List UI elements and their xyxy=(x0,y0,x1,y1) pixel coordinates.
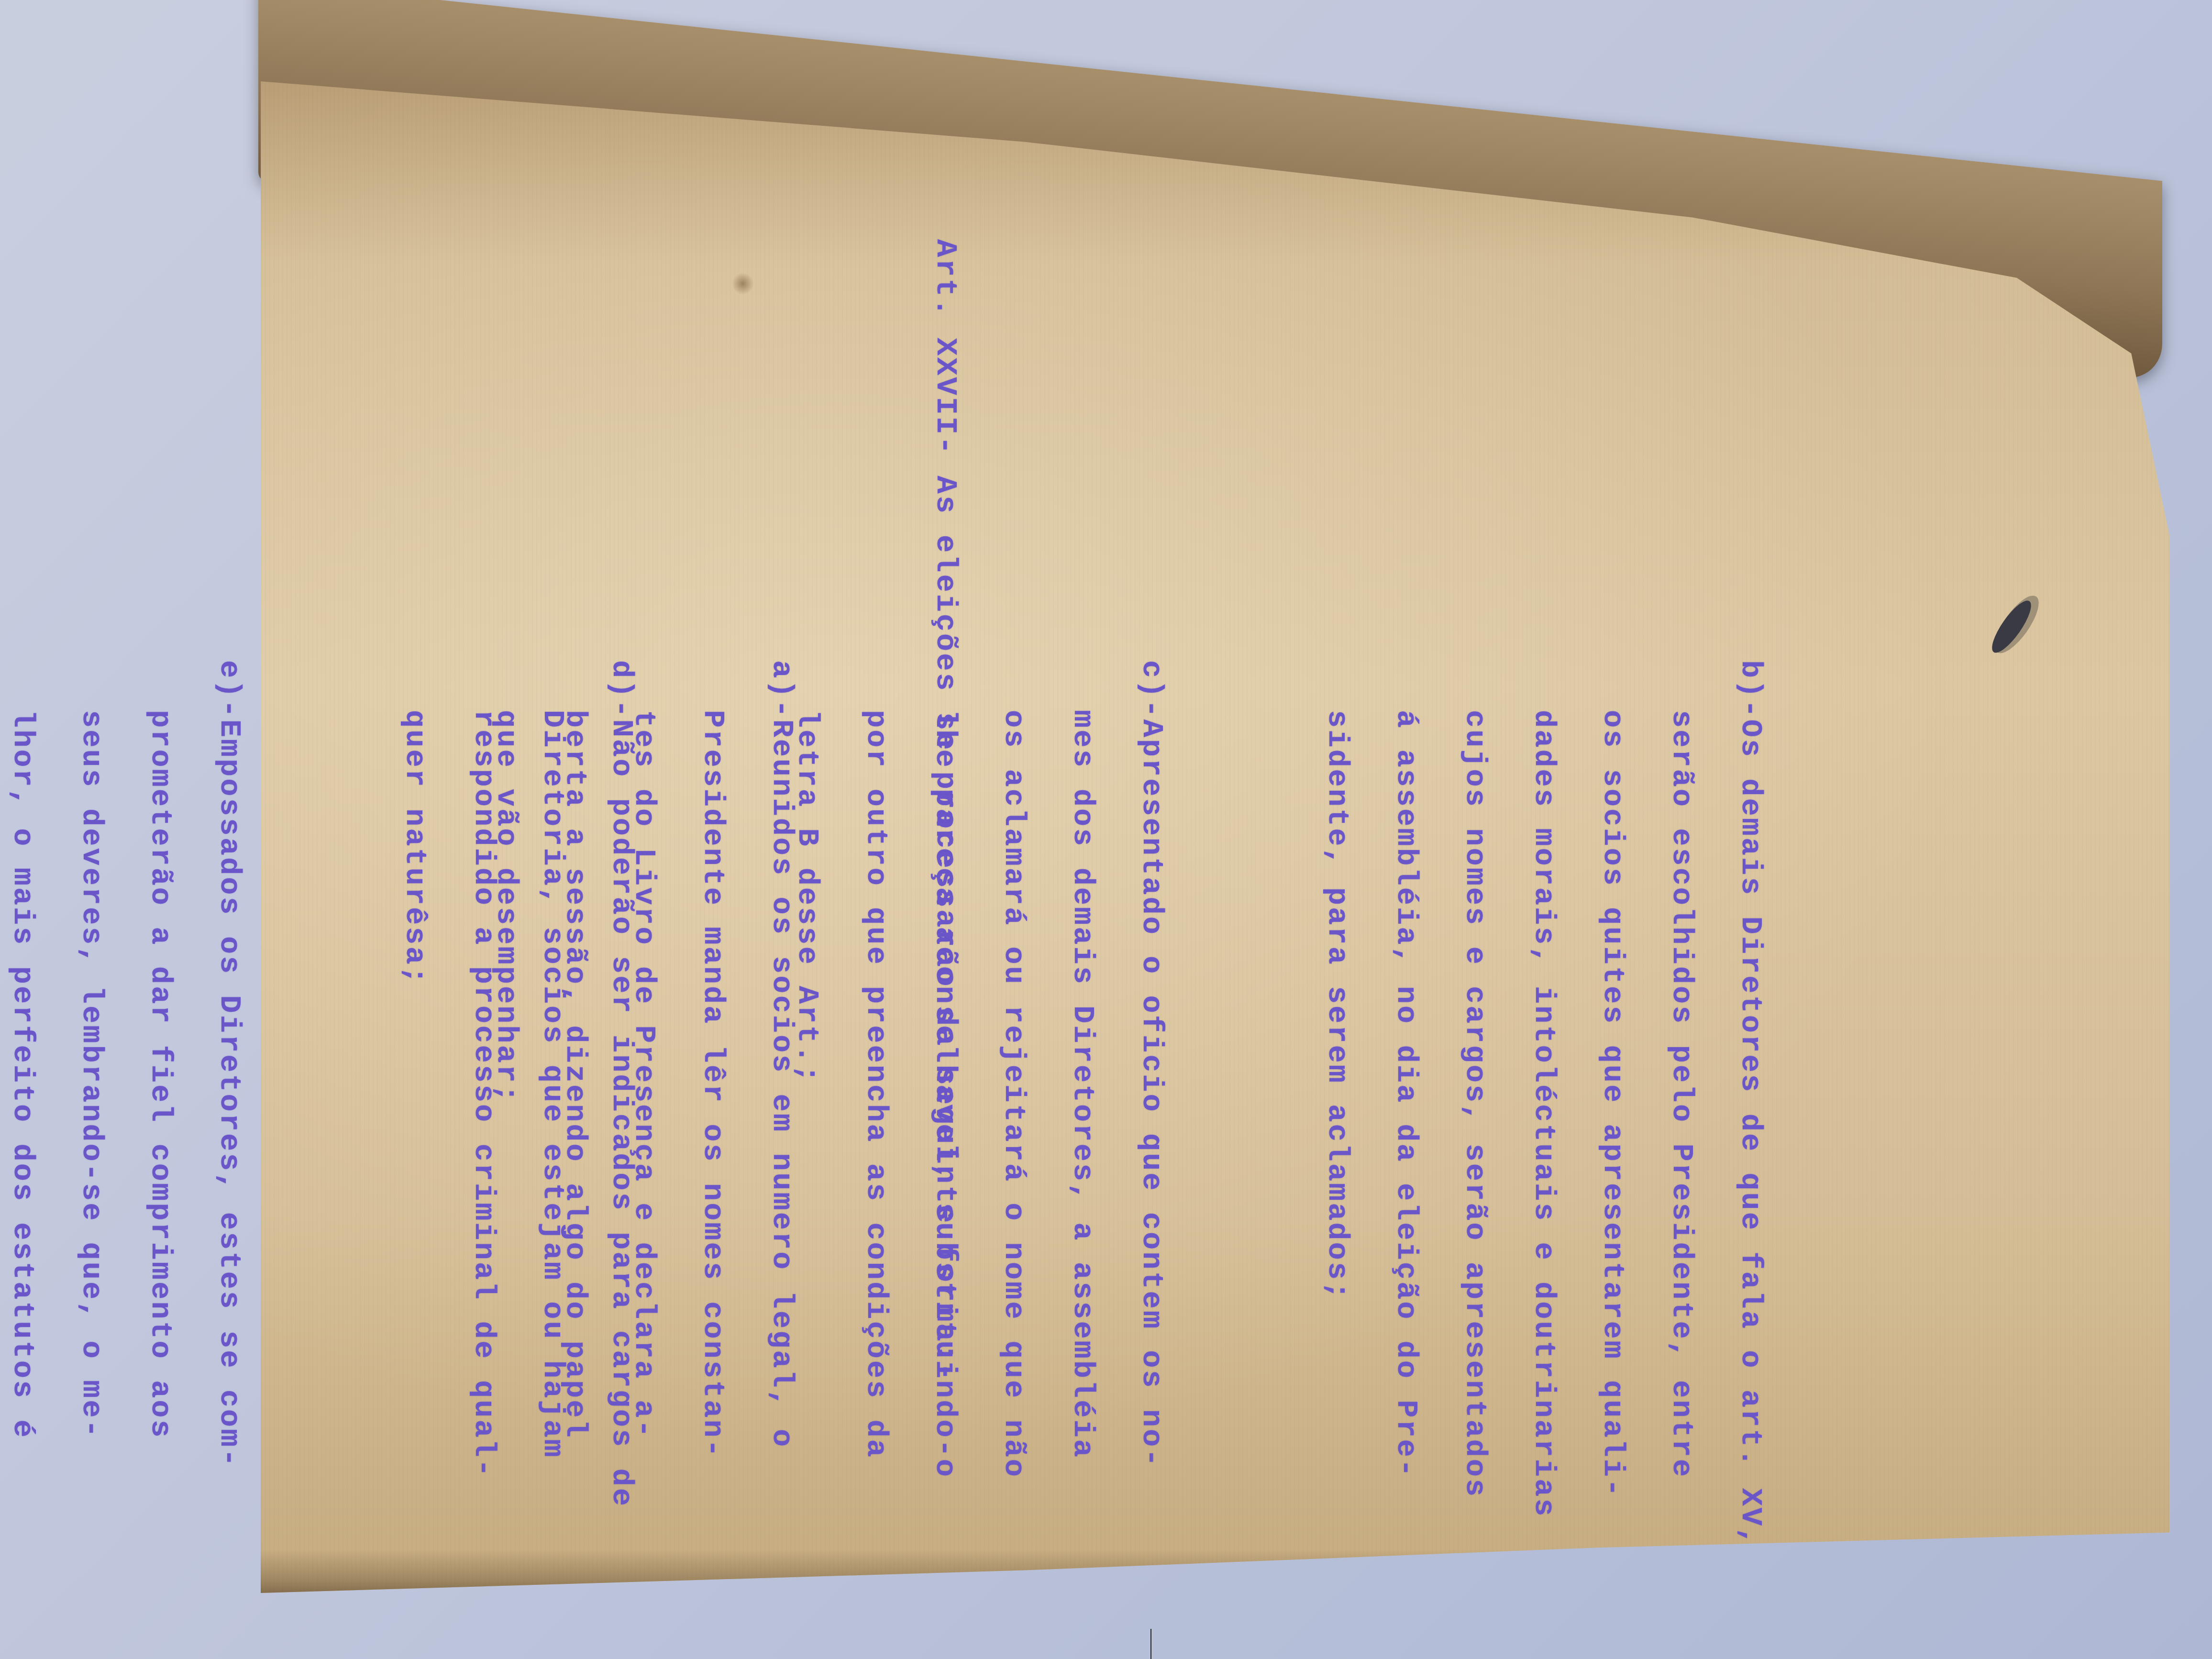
clause-line: tes do Livro de Presença e declara a- xyxy=(632,660,655,1459)
clause-line: sidente, para serem aclamados; xyxy=(1326,660,1349,1547)
clause-line: mes dos demais Diretores, a assembléia xyxy=(1071,660,1094,1547)
clause-line: dades morais, intoléctuais e doutrinaria… xyxy=(1532,660,1555,1547)
clause-label: c)- xyxy=(1135,660,1169,719)
clause-line: os socios quites que apresentarem quali- xyxy=(1601,660,1624,1547)
clause-line: Reunidos os socios em numero legal, o xyxy=(765,719,799,1449)
article-clauses: a)-Reunidos os socios em numero legal, o… xyxy=(401,660,885,1459)
clause-e: e)-Empossados os Diretores, estes se com… xyxy=(0,660,287,1547)
clause-line: prometerão a dar fiel comprimento aos xyxy=(149,660,172,1547)
clause-line: Os demais Diretores de que fala o art. X… xyxy=(1734,719,1768,1548)
clause-line: cujos nomes e cargos, serão apresentados xyxy=(1463,660,1486,1547)
clause-line: serão escolhidos pelo Presidente, entre xyxy=(1670,660,1693,1547)
clause-line: á assembléia, no dia da eleição do Pre- xyxy=(1394,660,1417,1547)
clause-line: berta a sessão, dizendo algo do papel xyxy=(564,660,586,1459)
table-seam xyxy=(1150,1629,1151,1659)
paper-stain xyxy=(732,273,754,295)
article-heading: Art. XXVII- As eleições se processarão d… xyxy=(934,239,957,1382)
clause-label: e)- xyxy=(212,660,246,719)
clause-line: seus deveres, lembrando-se que, o me- xyxy=(80,660,103,1547)
clause-line: que vão desempenhar; xyxy=(495,660,518,1459)
clause-line: Apresentado o oficio que contem os no- xyxy=(1135,719,1169,1469)
clause-line: Empossados os Diretores, estes se com- xyxy=(212,719,246,1469)
clause-label: b)- xyxy=(1734,660,1768,719)
clause-label: a)- xyxy=(765,660,799,719)
article-clause-a: a)-Reunidos os socios em numero legal, o… xyxy=(449,660,839,1459)
clause-line: os aclamará ou rejeitará o nome que não xyxy=(1002,660,1025,1547)
typewritten-clauses: b)-Os demais Diretores de que fala o art… xyxy=(0,660,1854,1547)
clause-b: b)-Os demais Diretores de que fala o art… xyxy=(1280,660,1808,1547)
clause-line: lhor, o mais perfeito dos estatutos é xyxy=(11,660,34,1547)
clause-line: Presidente manda lêr os nomes constan- xyxy=(701,660,724,1459)
